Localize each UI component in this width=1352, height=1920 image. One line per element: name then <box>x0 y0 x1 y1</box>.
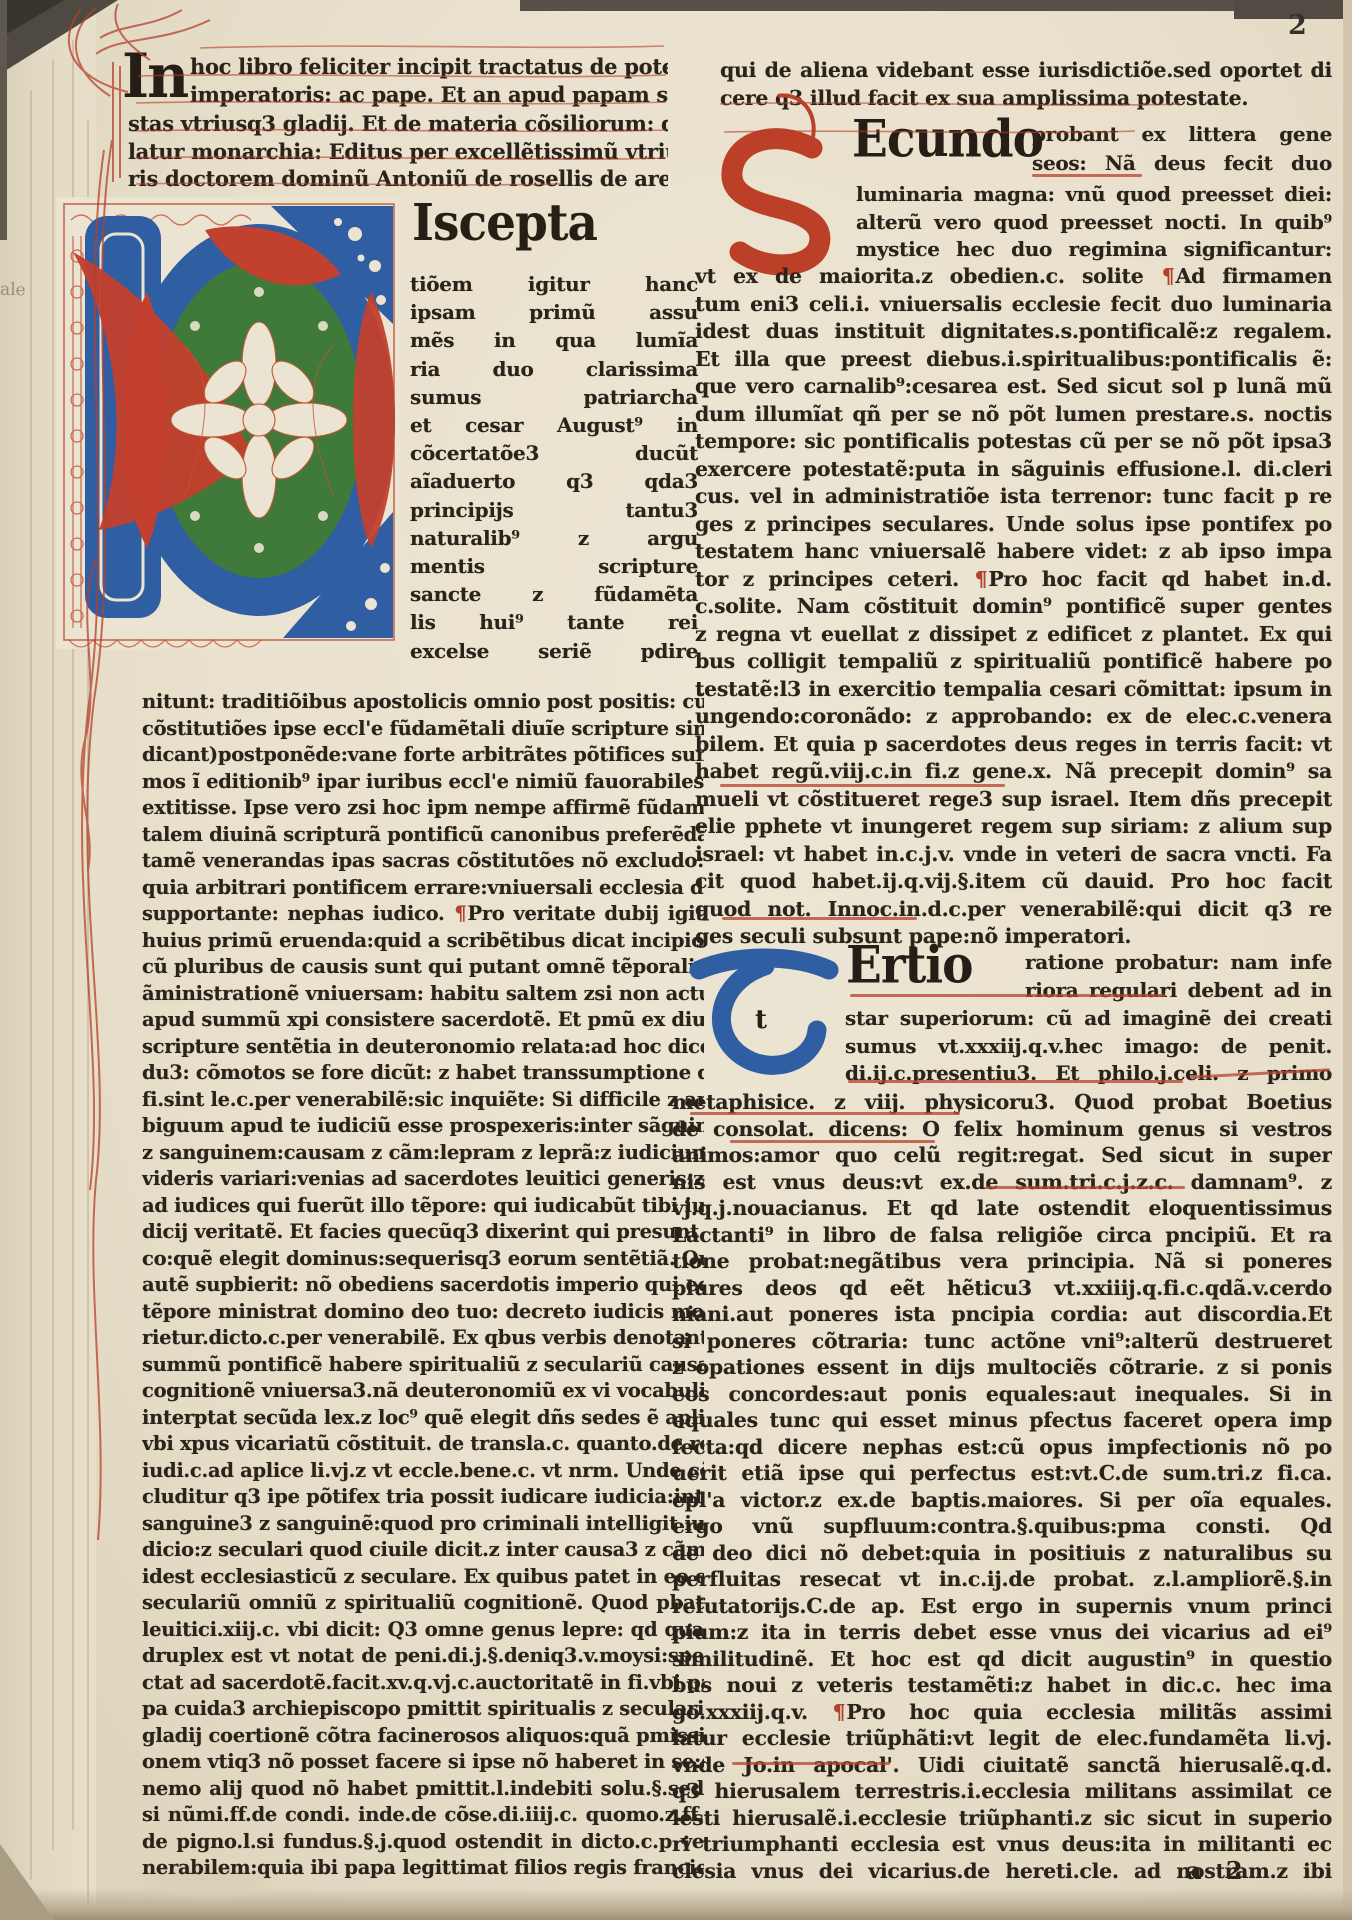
page-fore-edge <box>1343 0 1352 1920</box>
text-line: latur ecclesie triũphãti:vt legit de ele… <box>672 1726 1332 1750</box>
text-line: z opationes essent in dijs multociẽs cõt… <box>672 1355 1332 1379</box>
quire-signature: a 2 <box>1186 1856 1243 1885</box>
rubric-underline <box>722 917 917 920</box>
leaf-edge-line <box>52 60 54 1850</box>
text-line: du3: cõmotos se fore dicũt: z habet tran… <box>142 1061 704 1084</box>
text-line: Lactanti⁹ in libro de falsa religiõe cir… <box>672 1223 1332 1247</box>
text-line: tẽpore ministrat domino deo tuo: decreto… <box>142 1300 704 1323</box>
text-line: nemo alij quod nõ habet pmittit.l.indebi… <box>142 1777 704 1800</box>
text-line: similitudinẽ. Et hoc est qd dicit august… <box>672 1647 1332 1671</box>
text-line: biguum apud te iudiciũ esse prospexeris:… <box>142 1114 704 1137</box>
text-line: gladij coertionẽ cõtra facinerosos aliqu… <box>142 1724 704 1747</box>
text-line: ergo vnũ supfluum:contra.§.quibus:pma co… <box>672 1514 1332 1538</box>
text-line: fi.sint le.c.per venerabilẽ:sic inquiẽte… <box>142 1088 704 1111</box>
text-line: supportante: nephas iudico. ¶Pro veritat… <box>142 902 704 925</box>
text-line: talem diuinã scripturã pontificũ canonib… <box>142 823 704 846</box>
rubric-underline <box>732 1762 890 1765</box>
text-line: leuitici.xiij.c. vbi dicit: Q3 omne genu… <box>142 1618 704 1641</box>
text-line: niani.aut poneres ista pncipia cordia: a… <box>672 1302 1332 1326</box>
text-line: fecta:qd dicere nephas est:cũ opus impfe… <box>672 1435 1332 1459</box>
tertio-body: metaphisice. z viij. physicoru3. Quod pr… <box>672 0 1332 1920</box>
text-line: pa cuida3 archiepiscopo pmittit spiritua… <box>142 1697 704 1720</box>
text-line: dicant)postponẽde:vane forte arbitrãtes … <box>142 743 704 766</box>
text-line: apud summũ xpi consistere sacerdotẽ. Et … <box>142 1008 704 1031</box>
text-line: co:quẽ elegit dominus:sequerisq3 eorum s… <box>142 1247 704 1270</box>
text-line: vbi xpus vicariatũ cõstituit. de transla… <box>142 1432 704 1455</box>
text-line: refutatorijs.C.de ap. Est ergo in supern… <box>672 1594 1332 1618</box>
rubric-underline <box>730 1140 935 1143</box>
pilcrow-mark: ¶ <box>832 1700 847 1724</box>
text-line: cõstitutiões ipse eccl'e fũdamẽtali diuĩ… <box>142 717 704 740</box>
text-line: cluditur q3 ipe põtifex tria possit iudi… <box>142 1485 704 1508</box>
text-line: vnde Jo.in apocal'. Uidi ciuitatẽ sanctã… <box>672 1753 1332 1777</box>
text-line: interptat secũda lex.z loc⁹ quẽ elegit d… <box>142 1406 704 1429</box>
text-line: quia arbitrari pontificem errare:vniuers… <box>142 876 704 899</box>
text-line: summũ pontificẽ habere spiritualiũ z sec… <box>142 1353 704 1376</box>
text-line: ctat ad sacerdotẽ.facit.xv.q.vj.c.auctor… <box>142 1671 704 1694</box>
text-line: videris variari:venias ad sacerdotes leu… <box>142 1167 704 1190</box>
text-line: epl'a victor.z ex.de baptis.maiores. Si … <box>672 1488 1332 1512</box>
text-line: nerabilem:quia ibi papa legittimat filio… <box>142 1856 704 1879</box>
text-line: tione probat:negãtibus vera principia. N… <box>672 1249 1332 1273</box>
pilcrow-mark: ¶ <box>453 902 467 925</box>
text-line: plures deos qd eẽt hẽticu3 vt.xxiiij.q.f… <box>672 1276 1332 1300</box>
rubric-underline <box>1032 174 1142 177</box>
text-line: cognitionẽ vniuersa3.nã deuteronomiũ ex … <box>142 1379 704 1402</box>
text-line: pium:z ita in terris debet esse vnus dei… <box>672 1620 1332 1644</box>
text-line: bus noui z veteris testamẽti:z habet in … <box>672 1673 1332 1697</box>
text-line: q3 hierusalem terrestris.i.ecclesia mili… <box>672 1779 1332 1803</box>
text-line: dicio:z seculari quod ciuile dicit.z int… <box>142 1538 704 1561</box>
text-line: autẽ supbierit: nõ obediens sacerdotis i… <box>142 1273 704 1296</box>
rubric-underline <box>690 1112 960 1115</box>
text-line: go.xxxiij.q.v. ¶Pro hoc quia ecclesia mi… <box>672 1700 1332 1724</box>
text-line: ri triumphanti ecclesia est vnus deus:it… <box>672 1832 1332 1856</box>
text-line: perfluitas resecat vt in.c.ij.de probat.… <box>672 1567 1332 1591</box>
text-line: scripture sentẽtia in deuteronomio relat… <box>142 1035 704 1058</box>
text-line: si poneres cõtraria: tunc actõne vni⁹:al… <box>672 1329 1332 1353</box>
incunabulum-photo: 2 ale In hoc libro feliciter incipit tra… <box>0 0 1352 1920</box>
text-line: seculariũ omniũ z spiritualiũ cognitionẽ… <box>142 1591 704 1614</box>
text-line: metaphisice. z viij. physicoru3. Quod pr… <box>672 1090 1332 1114</box>
text-line: z sanguinem:causam z cãm:lepram z leprã:… <box>142 1141 704 1164</box>
text-line: idest ecclesiasticũ z seculare. Ex quibu… <box>142 1565 704 1588</box>
rubric-underline <box>848 1080 1183 1083</box>
left-column-body: nitunt: traditiõibus apostolicis omnio p… <box>142 0 704 1920</box>
text-line: druplex est vt notat de peni.di.j.§.deni… <box>142 1644 704 1667</box>
text-line: rietur.dicto.c.per venerabilẽ. Ex qbus v… <box>142 1326 704 1349</box>
text-line: tamẽ venerandas ipas sacras cõstitutões … <box>142 849 704 872</box>
text-line: animos:amor quo celũ regit:regat. Sed si… <box>672 1143 1332 1167</box>
text-line: iudi.c.ad aplice li.vj.z vt eccle.bene.c… <box>142 1459 704 1482</box>
text-line: extitisse. Ipse vero zsi hoc ipm nempe a… <box>142 796 704 819</box>
text-line: ad iudices qui fuerũt illo tẽpore: qui i… <box>142 1194 704 1217</box>
rubric-underline <box>850 994 1165 997</box>
text-line: de deo dici nõ debet:quia in positiuis z… <box>672 1541 1332 1565</box>
photo-edge-shadow <box>0 0 7 240</box>
text-line: eos concordes:aut ponis equales:aut ineq… <box>672 1382 1332 1406</box>
text-line: huius primũ eruenda:quid a scribẽtibus d… <box>142 929 704 952</box>
rubric-underline <box>720 784 1005 787</box>
text-line: mos ĩ editionib⁹ ipar iuribus eccl'e nim… <box>142 770 704 793</box>
text-line: de consolat. dicens: O felix hominum gen… <box>672 1117 1332 1141</box>
leaf-edge-line <box>30 90 32 1880</box>
text-line: nitunt: traditiõibus apostolicis omnio p… <box>142 690 704 713</box>
rubric-underline <box>985 1186 1185 1189</box>
text-line: sanguine3 z sanguinẽ:quod pro criminali … <box>142 1512 704 1535</box>
text-line: onem vtiq3 nõ posset facere si ipse nõ h… <box>142 1750 704 1773</box>
text-line: de pigno.l.si fundus.§.j.quod ostendit i… <box>142 1830 704 1853</box>
text-line: equales tunc qui esset minus pfectus fac… <box>672 1408 1332 1432</box>
text-line: uerit etiã ipse qui perfectus est:vt.C.d… <box>672 1461 1332 1485</box>
text-line: vj.q.j.nouacianus. Et qd late ostendit e… <box>672 1196 1332 1220</box>
marginal-gloss: ale <box>0 280 26 301</box>
text-line: cũ pluribus de causis sunt qui putant om… <box>142 955 704 978</box>
text-line: dicij veritatẽ. Et facies quecũq3 dixeri… <box>142 1220 704 1243</box>
text-line: si nũmi.ff.de condi. inde.de cõse.di.iii… <box>142 1803 704 1826</box>
text-line: nis est vnus deus:vt ex.de sum.tri.c.j.z… <box>672 1170 1332 1194</box>
text-line: lesti hierusalẽ.i.ecclesie triũphanti.z … <box>672 1806 1332 1830</box>
text-line: ãministrationẽ vniuersam: habitu saltem … <box>142 982 704 1005</box>
